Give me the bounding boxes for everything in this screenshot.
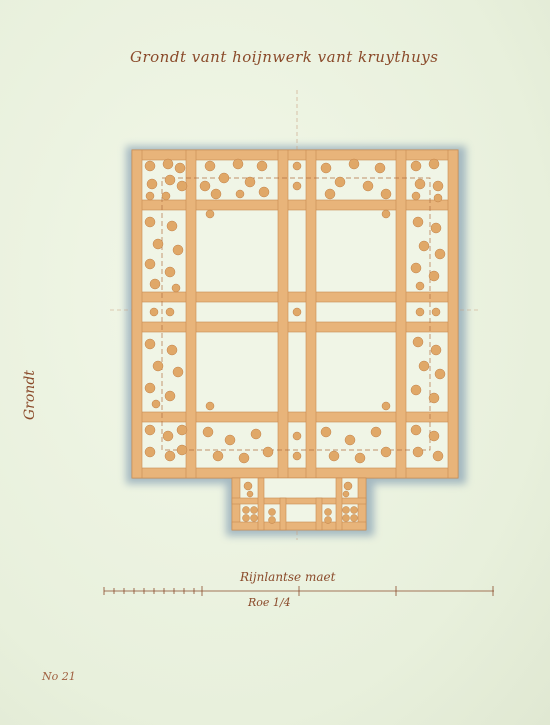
floor-plan: [0, 0, 550, 725]
scale-bar: [104, 586, 494, 596]
